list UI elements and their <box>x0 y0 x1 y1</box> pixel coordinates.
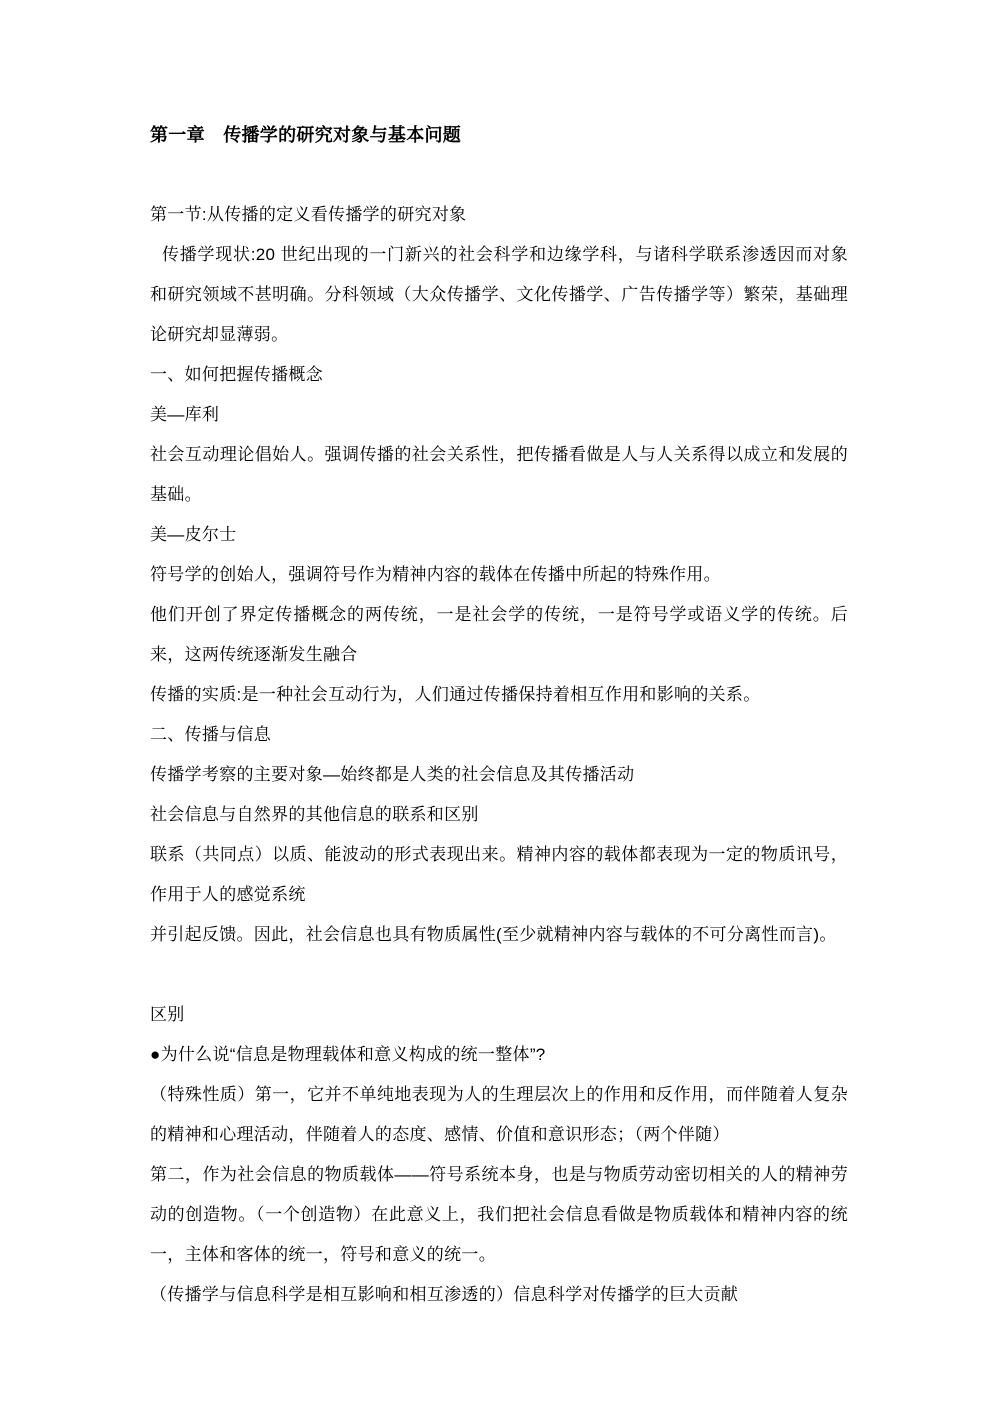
paragraph: 社会信息与自然界的其他信息的联系和区别 <box>150 795 848 835</box>
paragraph: 传播学现状:20 世纪出现的一门新兴的社会科学和边缘学科，与诸科学联系渗透因而对… <box>150 235 848 355</box>
paragraph: 一、如何把握传播概念 <box>150 355 848 395</box>
paragraph: 并引起反馈。因此，社会信息也具有物质属性(至少就精神内容与载体的不可分离性而言)… <box>150 915 848 955</box>
paragraph: 传播学考察的主要对象—始终都是人类的社会信息及其传播活动 <box>150 755 848 795</box>
paragraph: 社会互动理论倡始人。强调传播的社会关系性，把传播看做是人与人关系得以成立和发展的… <box>150 435 848 515</box>
paragraph: 传播的实质:是一种社会互动行为，人们通过传播保持着相互作用和影响的关系。 <box>150 675 848 715</box>
paragraph: 美—库利 <box>150 395 848 435</box>
paragraph: 符号学的创始人，强调符号作为精神内容的载体在传播中所起的特殊作用。 <box>150 555 848 595</box>
document-page: 第一章 传播学的研究对象与基本问题 第一节:从传播的定义看传播学的研究对象传播学… <box>0 0 993 1404</box>
document-body: 第一节:从传播的定义看传播学的研究对象传播学现状:20 世纪出现的一门新兴的社会… <box>150 195 848 1315</box>
paragraph: 二、传播与信息 <box>150 715 848 755</box>
chapter-title: 第一章 传播学的研究对象与基本问题 <box>150 115 848 155</box>
paragraph: 美—皮尔士 <box>150 515 848 555</box>
paragraph: 第一节:从传播的定义看传播学的研究对象 <box>150 195 848 235</box>
paragraph <box>150 955 848 995</box>
paragraph: （特殊性质）第一，它并不单纯地表现为人的生理层次上的作用和反作用，而伴随着人复杂… <box>150 1075 848 1155</box>
paragraph: （传播学与信息科学是相互影响和相互渗透的）信息科学对传播学的巨大贡献 <box>150 1275 848 1315</box>
paragraph: 第二，作为社会信息的物质载体——符号系统本身，也是与物质劳动密切相关的人的精神劳… <box>150 1155 848 1275</box>
paragraph: 区别 <box>150 995 848 1035</box>
paragraph: 联系（共同点）以质、能波动的形式表现出来。精神内容的载体都表现为一定的物质讯号，… <box>150 835 848 915</box>
paragraph: ●为什么说“信息是物理载体和意义构成的统一整体”? <box>150 1035 848 1075</box>
paragraph: 他们开创了界定传播概念的两传统，一是社会学的传统，一是符号学或语义学的传统。后来… <box>150 595 848 675</box>
